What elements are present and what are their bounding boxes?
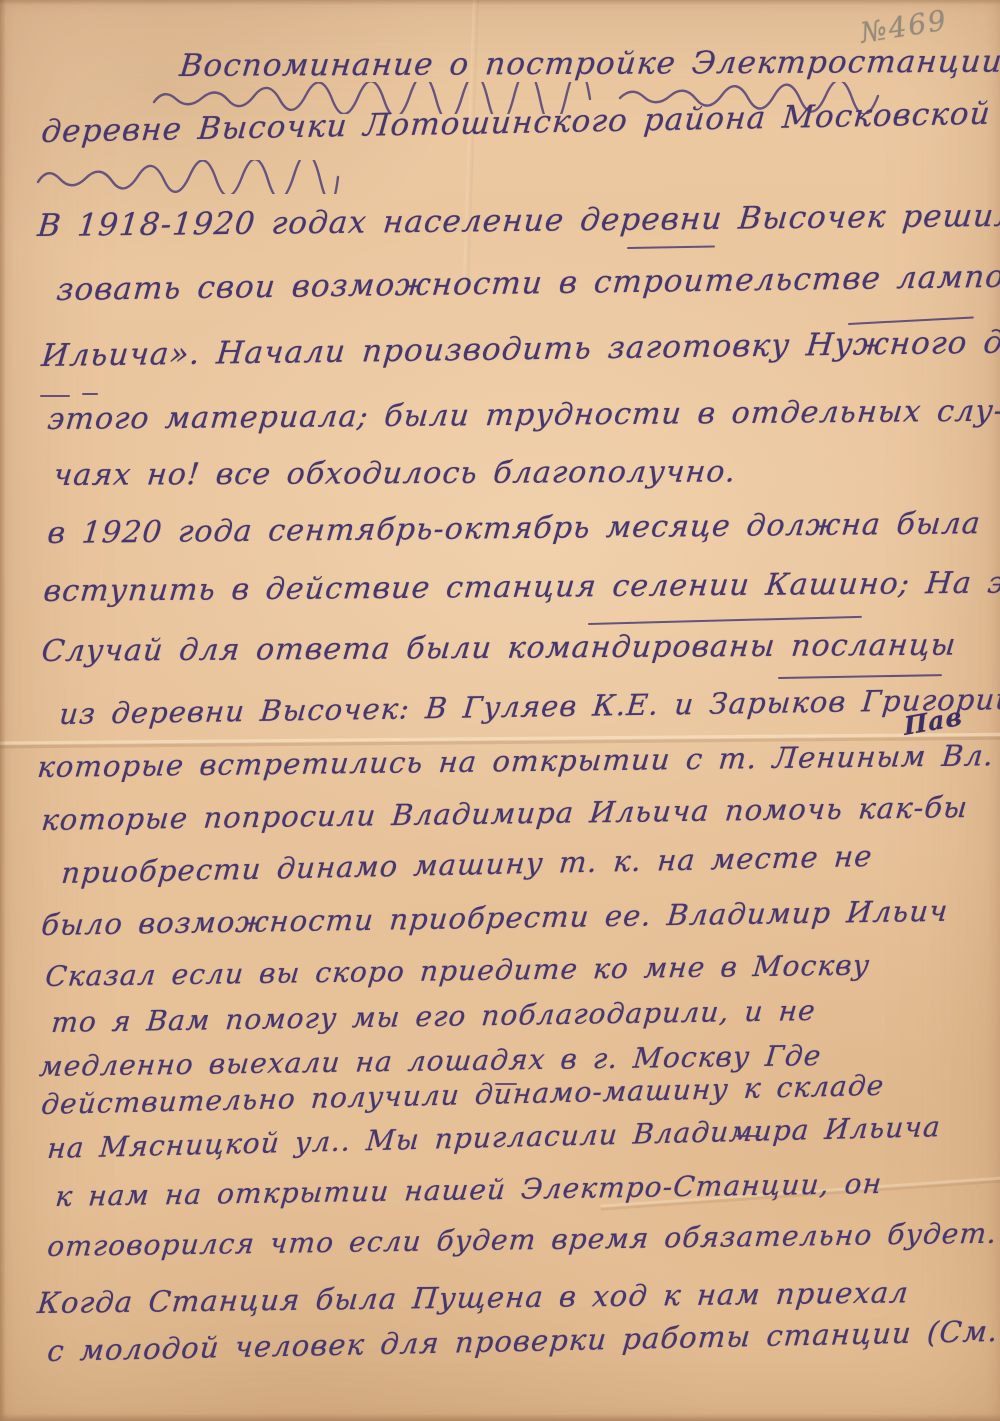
scan-edge-top [0,0,1000,5]
wavy-underline-icon [34,160,344,194]
title-line-1: Воспоминание о постройке Электростанции … [178,43,1000,84]
scan-edge-left [0,0,6,1421]
manuscript-line: чаях но! все обходилось благополучно. [52,454,738,493]
manuscript-line: Случай для ответа были командированы пос… [40,628,958,669]
scan-edge-bottom [0,1414,1000,1421]
scanned-manuscript-page: №469 Воспоминание о постройке Электроста… [0,0,1000,1421]
